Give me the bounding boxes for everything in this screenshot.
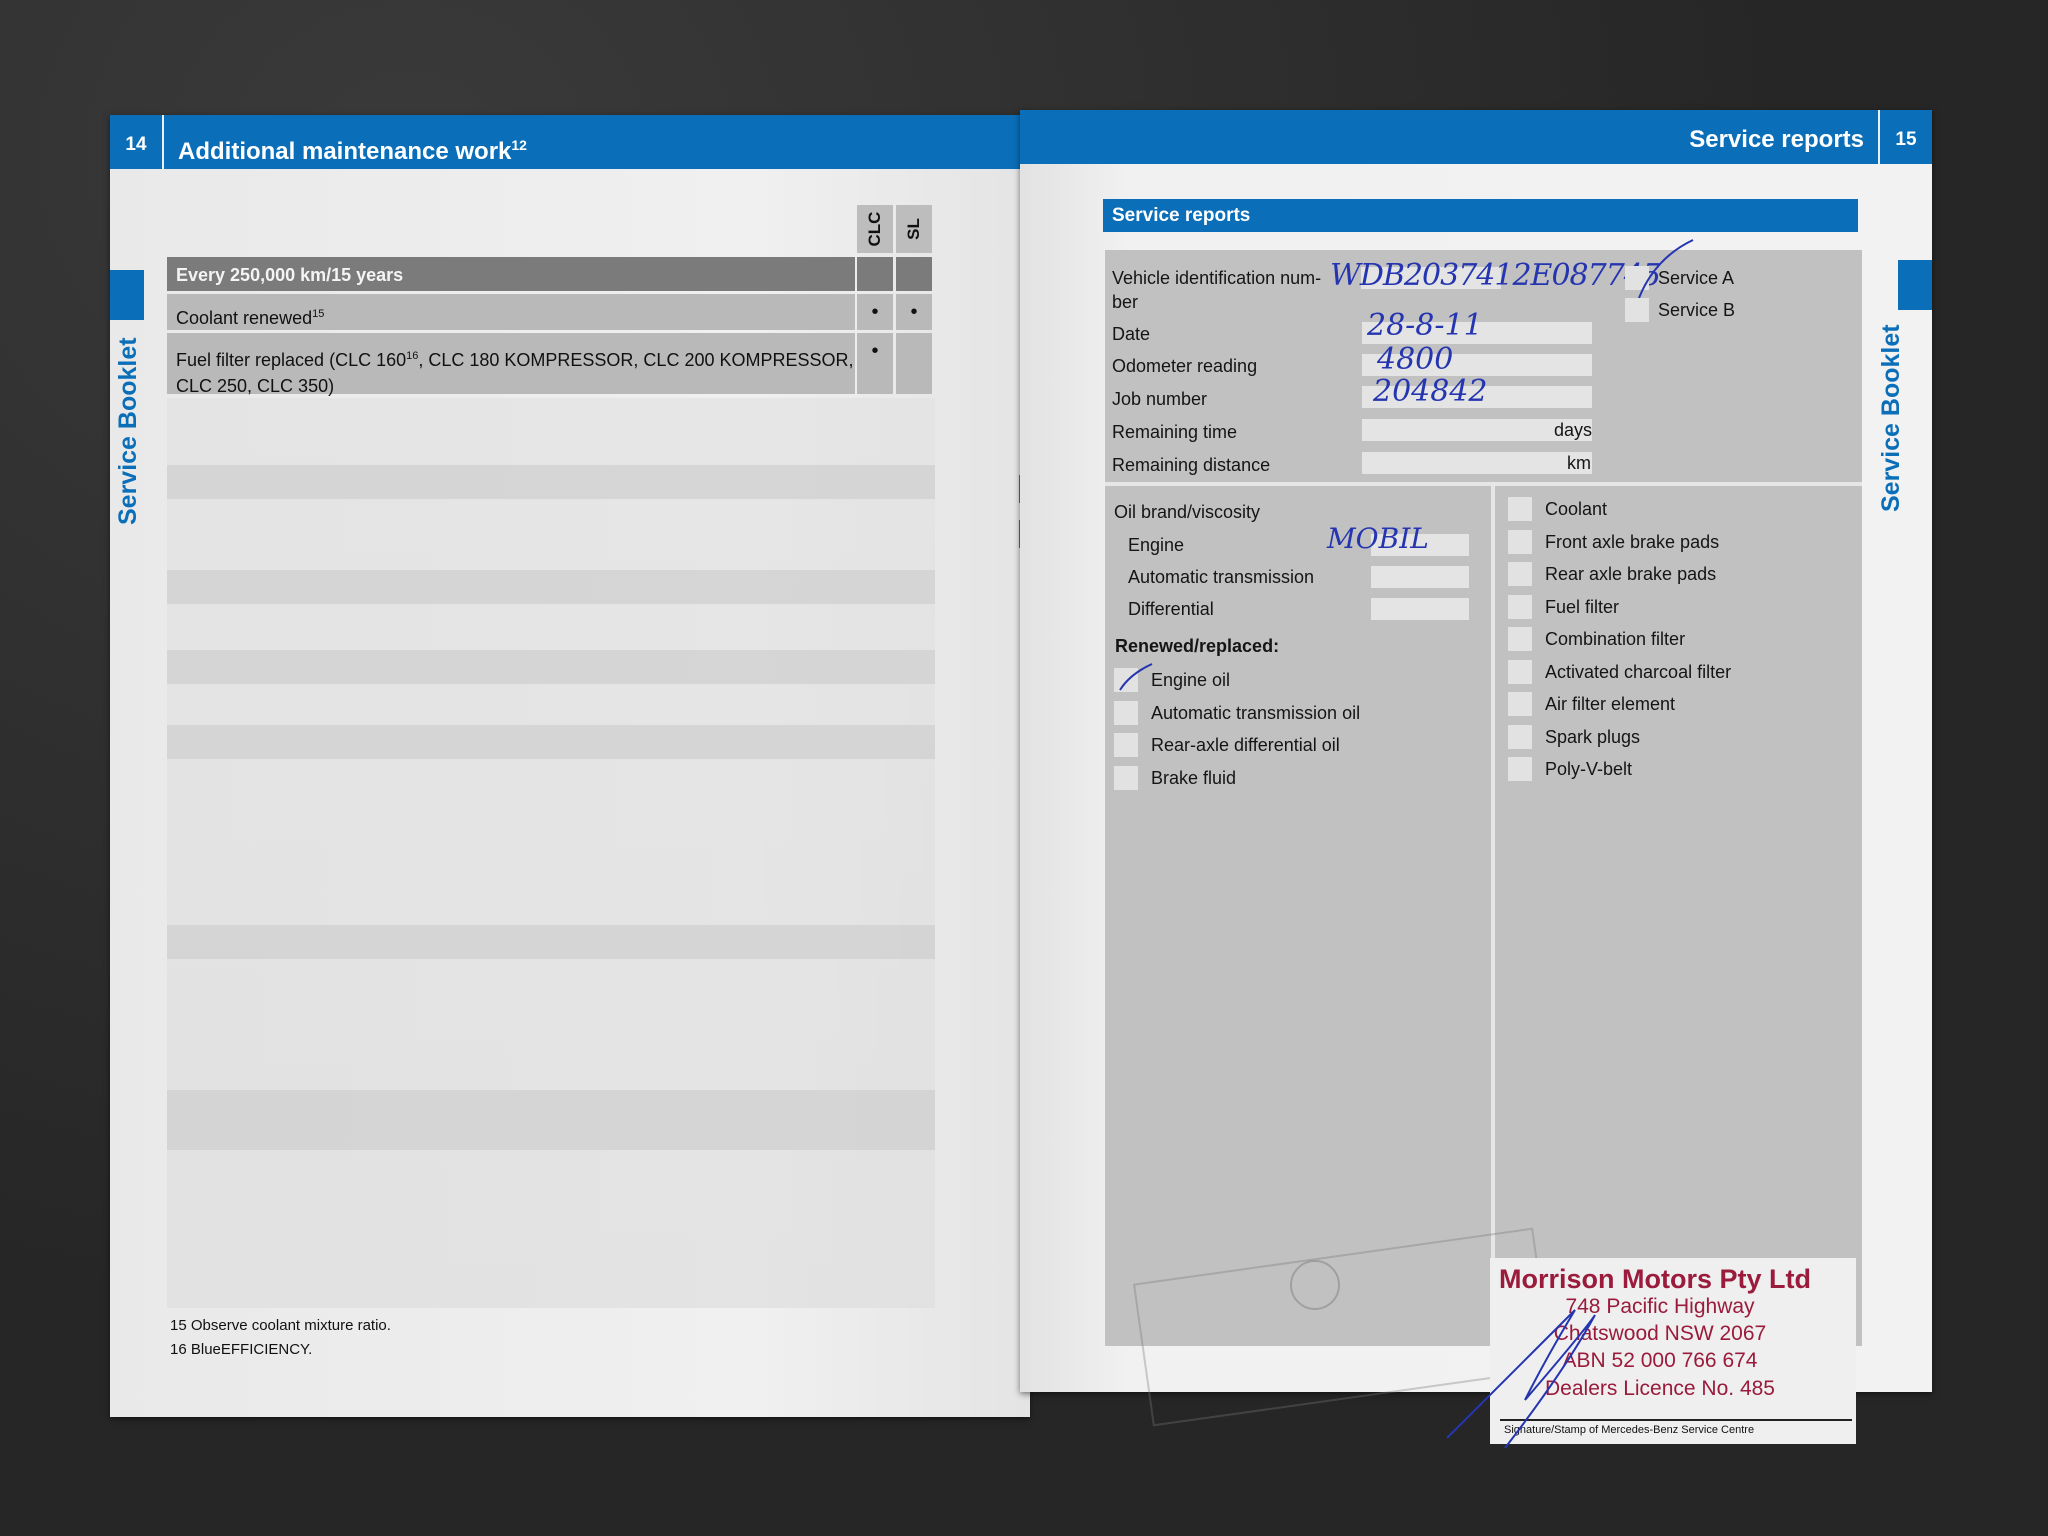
- right-page: Service reports 15 Service Booklet Servi…: [1020, 110, 1932, 1392]
- oil-differential-label: Differential: [1128, 599, 1214, 620]
- oil-engine-handwritten: MOBIL: [1327, 522, 1429, 555]
- page-number: 14: [110, 115, 164, 169]
- side-tab-marker: [1898, 260, 1932, 310]
- renewed-item-label: Fuel filter: [1545, 597, 1619, 618]
- oil-differential-field[interactable]: [1371, 598, 1469, 620]
- bleed-through-area: [167, 398, 935, 1308]
- page-number: 15: [1878, 110, 1932, 164]
- bleed-through-band: [167, 1090, 935, 1150]
- renewed-item-label: Rear axle brake pads: [1545, 564, 1716, 585]
- footnote: 16 BlueEFFICIENCY.: [170, 1341, 312, 1358]
- page-title: Service reports: [1689, 110, 1864, 170]
- renewed-item-label: Automatic transmission oil: [1151, 703, 1360, 724]
- date-handwritten: 28-8-11: [1367, 308, 1483, 343]
- table-row: Coolant renewed15: [167, 294, 855, 330]
- renewed-item-checkbox[interactable]: [1114, 766, 1138, 790]
- left-page: 14 Additional maintenance work12 Service…: [110, 115, 1030, 1417]
- table-cell: [896, 333, 932, 394]
- renewed-item-checkbox[interactable]: [1114, 701, 1138, 725]
- remaining-time-label: Remaining time: [1112, 422, 1237, 443]
- left-page-header: 14 Additional maintenance work12: [110, 115, 1030, 169]
- right-page-header: Service reports 15: [1020, 110, 1932, 164]
- renewed-item-label: Spark plugs: [1545, 727, 1640, 748]
- table-cell-bullet: •: [857, 333, 893, 394]
- table-cell-bullet: •: [857, 294, 893, 330]
- odometer-label: Odometer reading: [1112, 356, 1257, 377]
- side-tab-marker: [110, 270, 144, 320]
- renewed-item-label: Coolant: [1545, 499, 1607, 520]
- renewed-item-label: Combination filter: [1545, 629, 1685, 650]
- days-unit: days: [1554, 420, 1592, 441]
- bleed-through-band: [167, 650, 935, 684]
- renewed-item-checkbox[interactable]: [1508, 497, 1532, 521]
- odometer-handwritten: 4800: [1377, 342, 1453, 377]
- signature-scribble: [1445, 1250, 1645, 1450]
- remaining-distance-label: Remaining distance: [1112, 455, 1270, 476]
- vin-label: Vehicle identification num-: [1112, 268, 1321, 289]
- job-number-handwritten: 204842: [1373, 374, 1488, 409]
- bleed-through-band: [167, 725, 935, 759]
- bleed-through-band: [167, 465, 935, 499]
- table-row-interval-header: Every 250,000 km/15 years: [167, 257, 855, 291]
- renewed-item-label: Engine oil: [1151, 670, 1230, 691]
- renewed-item-checkbox[interactable]: [1508, 757, 1532, 781]
- renewed-item-checkbox[interactable]: [1508, 595, 1532, 619]
- divider: [1491, 486, 1495, 1346]
- table-row: Fuel filter replaced (CLC 16016, CLC 180…: [167, 333, 855, 394]
- renewed-item-checkbox[interactable]: [1508, 725, 1532, 749]
- divider: [1105, 482, 1862, 486]
- remaining-distance-field[interactable]: [1362, 452, 1592, 474]
- oil-engine-label: Engine: [1128, 535, 1184, 556]
- table-cell: [857, 257, 893, 291]
- column-header-clc: CLC: [857, 205, 893, 253]
- side-label: Service Booklet: [1877, 324, 1906, 512]
- renewed-item-label: Rear-axle differential oil: [1151, 735, 1340, 756]
- column-header-sl: SL: [896, 205, 932, 253]
- renewed-heading: Renewed/replaced:: [1115, 636, 1279, 657]
- table-cell-bullet: •: [896, 294, 932, 330]
- km-unit: km: [1567, 453, 1591, 474]
- footnote: 15 Observe coolant mixture ratio.: [170, 1317, 391, 1334]
- renewed-item-checkbox[interactable]: [1114, 733, 1138, 757]
- oil-transmission-field[interactable]: [1371, 566, 1469, 588]
- checkmark-icon: [1635, 238, 1695, 302]
- renewed-item-checkbox[interactable]: [1508, 530, 1532, 554]
- vin-handwritten: WDB2037412E087745: [1330, 258, 1660, 293]
- oil-heading: Oil brand/viscosity: [1114, 502, 1260, 523]
- side-label: Service Booklet: [114, 337, 143, 525]
- renewed-item-checkbox[interactable]: [1508, 562, 1532, 586]
- renewed-item-checkbox[interactable]: [1508, 627, 1532, 651]
- service-report-form: Vehicle identification num- ber WDB20374…: [1105, 250, 1862, 1346]
- renewed-item-checkbox[interactable]: [1508, 692, 1532, 716]
- mercedes-star-icon: [1290, 1260, 1340, 1310]
- renewed-item-label: Poly-V-belt: [1545, 759, 1632, 780]
- service-b-label: Service B: [1658, 300, 1735, 321]
- oil-transmission-label: Automatic transmission: [1128, 567, 1314, 588]
- renewed-item-label: Activated charcoal filter: [1545, 662, 1731, 683]
- checkmark-icon: [1116, 660, 1156, 694]
- date-label: Date: [1112, 324, 1150, 345]
- renewed-item-label: Front axle brake pads: [1545, 532, 1719, 553]
- page-title: Additional maintenance work12: [178, 115, 527, 182]
- service-b-checkbox[interactable]: [1625, 298, 1649, 322]
- vin-label-cont: ber: [1112, 292, 1138, 313]
- renewed-item-label: Brake fluid: [1151, 768, 1236, 789]
- bleed-through-band: [167, 925, 935, 959]
- section-title-bar: Service reports: [1103, 199, 1858, 232]
- renewed-item-label: Air filter element: [1545, 694, 1675, 715]
- table-cell: [896, 257, 932, 291]
- bleed-through-band: [167, 570, 935, 604]
- job-number-label: Job number: [1112, 389, 1207, 410]
- renewed-item-checkbox[interactable]: [1508, 660, 1532, 684]
